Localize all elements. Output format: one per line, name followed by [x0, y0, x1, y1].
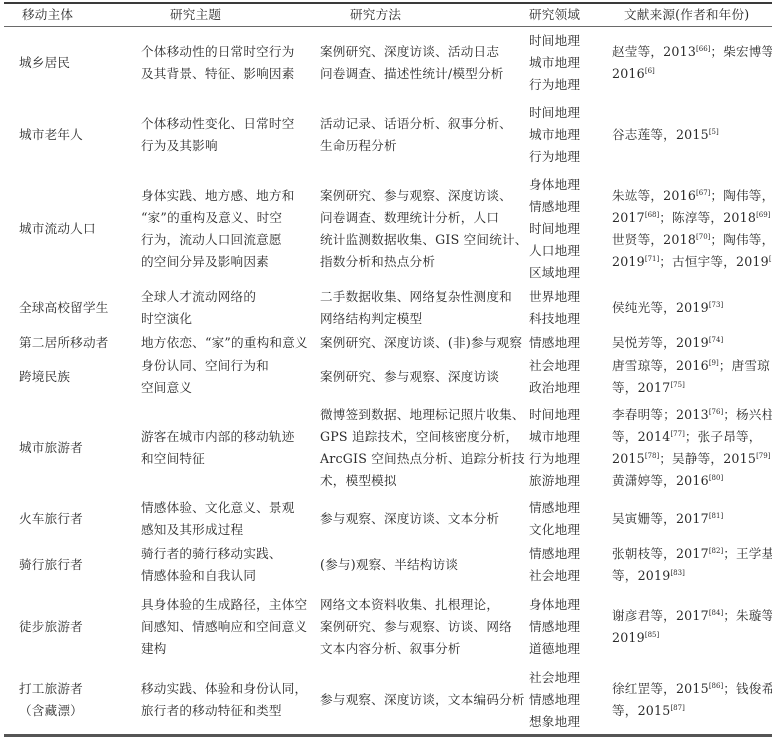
cell-field: 时间地理城市地理行为地理旅游地理 [529, 400, 580, 496]
cell-source: 谷志莲等，2015[5] [612, 97, 719, 173]
citation-text: ；吴静等，2015 [659, 451, 756, 466]
column-header-field: 研究领域 [529, 5, 580, 25]
cell-line: 游客在城市内部的移动轨迹 [141, 426, 295, 448]
cell-field: 情感地理社会地理 [529, 542, 580, 588]
cell-line: 个体移动性变化、日常时空 [141, 113, 295, 135]
cell-line: 行为，流动人口回流意愿 [141, 229, 295, 251]
citation-text: ；杨兴柱 [723, 407, 772, 422]
cell-line: 谷志莲等，2015[5] [612, 124, 719, 146]
cell-field: 情感地理 [529, 331, 580, 354]
cell-topic: 骑行者的骑行移动实践、情感体验和自我认同 [141, 542, 282, 588]
cell-line: 地方依恋、“家”的重构和意义 [141, 332, 308, 354]
cell-line: ArcGIS 空间热点分析、追踪分析技 [320, 448, 525, 470]
cell-line: 等，2014[77]；张子昂等， [612, 426, 772, 448]
cell-method: 案例研究、参与观察、深度访谈 [320, 354, 499, 400]
cell-line: 城市地理 [529, 426, 580, 448]
cell-line: 旅行者的移动特征和类型 [141, 700, 307, 722]
cell-subject: 骑行旅行者 [19, 542, 83, 588]
cell-line: 参与观察、深度访谈，文本编码分析 [320, 689, 525, 711]
cell-line: 行为地理 [529, 74, 580, 96]
citation-ref: [5] [709, 128, 719, 136]
citation-text: 谷志莲等，2015 [612, 127, 709, 142]
cell-line: 的空间分异及影响因素 [141, 251, 295, 273]
citation-text: 赵莹等，2013 [612, 44, 696, 59]
citation-text: 侯纯光等，2019 [612, 300, 709, 315]
cell-line: （含藏漂） [19, 700, 83, 722]
citation-ref: [71] [645, 255, 659, 263]
citation-ref: [68] [645, 211, 659, 219]
cell-line: 案例研究、参与观察、访谈、网络 [320, 616, 512, 638]
cell-field: 世界地理科技地理 [529, 285, 580, 331]
cell-line: 张朝枝等，2017[82]；王学基 [612, 543, 772, 565]
cell-topic: 全球人才流动网络的时空演化 [141, 285, 256, 331]
cell-line: 世贤等，2018[70]；陶伟等， [612, 229, 772, 251]
cell-method: 案例研究、深度访谈、(非)参与观察 [320, 331, 522, 354]
cell-subject: 跨境民族 [19, 354, 70, 400]
cell-line: 旅游地理 [529, 470, 580, 492]
table-bottom-rule [4, 734, 772, 737]
cell-field: 情感地理文化地理 [529, 496, 580, 542]
citation-ref: [67] [696, 189, 710, 197]
cell-line: 全球人才流动网络的 [141, 286, 256, 308]
cell-line: 吴悦芳等，2019[74] [612, 332, 723, 354]
cell-topic: 具身体验的生成路径，主体空间感知、情感响应和空间意义建构 [141, 588, 307, 666]
cell-line: 道德地理 [529, 638, 580, 660]
cell-line: 网络文本资料收集、扎根理论， [320, 594, 512, 616]
cell-subject: 打工旅游者（含藏漂） [19, 666, 83, 734]
citation-text: 吴寅姗等，2017 [612, 511, 709, 526]
citation-text: 朱竑等，2016 [612, 188, 696, 203]
cell-line: 2017[68]；陈淳等，2018[69]；温 [612, 207, 772, 229]
citation-ref: [76] [709, 408, 723, 416]
citation-ref: [66] [696, 45, 710, 53]
cell-line: 时间地理 [529, 218, 580, 240]
citation-text: ；古恒宇等，2019 [659, 254, 769, 269]
cell-field: 身体地理情感地理时间地理人口地理区域地理 [529, 173, 580, 285]
cell-topic: 个体移动性变化、日常时空行为及其影响 [141, 97, 295, 173]
cell-line: 世界地理 [529, 286, 580, 308]
citation-ref: [79] [756, 452, 770, 460]
cell-line: 情感地理 [529, 332, 580, 354]
cell-topic: 移动实践、体验和身份认同，旅行者的移动特征和类型 [141, 666, 307, 734]
cell-line: 情感地理 [529, 616, 580, 638]
cell-line: 身体地理 [529, 594, 580, 616]
cell-line: 赵莹等，2013[66]；柴宏博等， [612, 41, 772, 63]
cell-subject: 城市旅游者 [19, 400, 83, 496]
cell-source: 李春明等；2013[76]；杨兴柱等，2014[77]；张子昂等，2015[78… [612, 400, 772, 496]
cell-line: 问卷调查、描述性统计/模型分析 [320, 63, 504, 85]
cell-line: 移动实践、体验和身份认同， [141, 678, 307, 700]
citation-ref: [80] [709, 474, 723, 482]
cell-line: 2019[71]；古恒宇等，2019[72] [612, 251, 772, 273]
citation-text: 李春明等；2013 [612, 407, 709, 422]
cell-line: 2016[6] [612, 63, 772, 85]
cell-topic: 身体实践、地方感、地方和“家”的重构及意义、时空行为，流动人口回流意愿的空间分异… [141, 173, 295, 285]
cell-line: 朱竑等，2016[67]；陶伟等， [612, 185, 772, 207]
cell-line: 城乡居民 [19, 52, 70, 74]
citation-text: 2015 [612, 451, 645, 466]
cell-line: 火车旅行者 [19, 508, 83, 530]
cell-field: 社会地理政治地理 [529, 354, 580, 400]
cell-source: 朱竑等，2016[67]；陶伟等，2017[68]；陈淳等，2018[69]；温… [612, 173, 772, 285]
citation-ref: [74] [709, 336, 723, 344]
cell-line: 时空演化 [141, 308, 256, 330]
citation-text: 2019 [612, 254, 645, 269]
citation-text: 2017 [612, 210, 645, 225]
cell-line: 全球高校留学生 [19, 297, 109, 319]
citation-text: 等，2017 [612, 380, 670, 395]
cell-source: 吴悦芳等，2019[74] [612, 331, 723, 354]
cell-line: 2019[85] [612, 627, 772, 649]
citation-text: ；陶伟等， [710, 232, 772, 247]
citation-text: 世贤等，2018 [612, 232, 696, 247]
cell-line: 等，2017[75] [612, 377, 770, 399]
cell-line: 网络结构判定模型 [320, 308, 512, 330]
cell-subject: 城乡居民 [19, 28, 70, 97]
cell-subject: 城市流动人口 [19, 173, 96, 285]
cell-line: 第二居所移动者 [19, 332, 109, 354]
table-top-rule [4, 2, 772, 4]
cell-line: 李春明等；2013[76]；杨兴柱 [612, 404, 772, 426]
cell-line: 情感地理 [529, 497, 580, 519]
citation-ref: [83] [670, 569, 684, 577]
cell-line: 徐红罡等，2015[86]；钱俊希 [612, 678, 772, 700]
cell-field: 身体地理情感地理道德地理 [529, 588, 580, 666]
cell-subject: 徒步旅游者 [19, 588, 83, 666]
cell-line: 情感体验和自我认同 [141, 565, 282, 587]
citation-ref: [75] [670, 381, 684, 389]
citation-ref: [6] [645, 67, 655, 75]
cell-line: 指数分析和热点分析 [320, 251, 528, 273]
cell-line: 科技地理 [529, 308, 580, 330]
citation-text: 等，2019 [612, 568, 670, 583]
cell-line: 微博签到数据、地理标记照片收集、 [320, 404, 525, 426]
citation-ref: [84] [709, 609, 723, 617]
cell-topic: 游客在城市内部的移动轨迹和空间特征 [141, 400, 295, 496]
cell-line: 城市地理 [529, 52, 580, 74]
cell-line: 身份认同、空间行为和 [141, 355, 269, 377]
column-header-subject: 移动主体 [22, 5, 73, 25]
citation-ref: [78] [645, 452, 659, 460]
cell-topic: 身份认同、空间行为和空间意义 [141, 354, 269, 400]
cell-line: “家”的重构及意义、时空 [141, 207, 295, 229]
cell-line: 统计监测数据收集、GIS 空间统计、 [320, 229, 528, 251]
citation-ref: [73] [709, 301, 723, 309]
cell-line: 城市老年人 [19, 124, 83, 146]
cell-subject: 火车旅行者 [19, 496, 83, 542]
citation-text: 等，2014 [612, 429, 670, 444]
cell-line: 情感体验、文化意义、景观 [141, 497, 295, 519]
cell-line: 及其背景、特征、影响因素 [141, 63, 295, 85]
citation-ref: [70] [696, 233, 710, 241]
cell-line: 等，2019[83] [612, 565, 772, 587]
citation-ref: [87] [670, 704, 684, 712]
cell-line: 身体地理 [529, 174, 580, 196]
cell-line: 人口地理 [529, 240, 580, 262]
cell-line: 城市地理 [529, 124, 580, 146]
cell-line: 吴寅姗等，2017[81] [612, 508, 723, 530]
cell-line: 术，模型模拟 [320, 470, 525, 492]
citation-text: 等，2015 [612, 703, 670, 718]
cell-field: 时间地理城市地理行为地理 [529, 97, 580, 173]
cell-method: 参与观察、深度访谈，文本编码分析 [320, 666, 525, 734]
cell-method: 网络文本资料收集、扎根理论，案例研究、参与观察、访谈、网络文本内容分析、叙事分析 [320, 588, 512, 666]
cell-line: 想象地理 [529, 711, 580, 733]
cell-line: 社会地理 [529, 355, 580, 377]
citation-ref: [85] [645, 631, 659, 639]
cell-field: 社会地理情感地理想象地理 [529, 666, 580, 734]
citation-ref: [9] [709, 359, 719, 367]
cell-topic: 个体移动性的日常时空行为及其背景、特征、影响因素 [141, 28, 295, 97]
citation-ref: [86] [709, 682, 723, 690]
cell-method: 案例研究、参与观察、深度访谈、问卷调查、数理统计分析，人口统计监测数据收集、GI… [320, 173, 528, 285]
cell-line: 案例研究、参与观察、深度访谈 [320, 366, 499, 388]
citation-text: 谢彦君等，2017 [612, 608, 709, 623]
column-header-topic: 研究主题 [170, 5, 221, 25]
citation-text: ；柴宏博等， [710, 44, 772, 59]
cell-line: 时间地理 [529, 102, 580, 124]
cell-line: 时间地理 [529, 404, 580, 426]
cell-line: 和空间特征 [141, 448, 295, 470]
cell-line: 情感地理 [529, 196, 580, 218]
cell-field: 时间地理城市地理行为地理 [529, 28, 580, 97]
cell-method: 微博签到数据、地理标记照片收集、GPS 追踪技术，空间核密度分析，ArcGIS … [320, 400, 525, 496]
cell-method: 案例研究、深度访谈、活动日志问卷调查、描述性统计/模型分析 [320, 28, 504, 97]
cell-line: 空间意义 [141, 377, 269, 399]
cell-method: 活动记录、话语分析、叙事分析、生命历程分析 [320, 97, 512, 173]
cell-line: 案例研究、深度访谈、(非)参与观察 [320, 332, 522, 354]
cell-source: 赵莹等，2013[66]；柴宏博等，2016[6] [612, 28, 772, 97]
cell-line: 侯纯光等，2019[73] [612, 297, 723, 319]
citation-text: ；朱璇等， [723, 608, 772, 623]
cell-line: 间感知、情感响应和空间意义 [141, 616, 307, 638]
cell-line: 2015[78]；吴静等，2015[79] ； [612, 448, 772, 470]
cell-line: 生命历程分析 [320, 135, 512, 157]
cell-line: 案例研究、深度访谈、活动日志 [320, 41, 504, 63]
cell-line: 跨境民族 [19, 366, 70, 388]
cell-line: 参与观察、深度访谈、文本分析 [320, 508, 499, 530]
table-header-rule [4, 26, 772, 27]
cell-line: 社会地理 [529, 667, 580, 689]
cell-line: 骑行者的骑行移动实践、 [141, 543, 282, 565]
citation-text: 黄潇婷等，2016 [612, 473, 709, 488]
citation-text: 2019 [612, 630, 645, 645]
cell-line: 行为地理 [529, 448, 580, 470]
citation-text: ；唐雪琼 [719, 358, 770, 373]
citation-text: 吴悦芳等，2019 [612, 335, 709, 350]
cell-line: 徒步旅游者 [19, 616, 83, 638]
cell-line: 时间地理 [529, 30, 580, 52]
cell-source: 侯纯光等，2019[73] [612, 285, 723, 331]
cell-topic: 情感体验、文化意义、景观感知及其形成过程 [141, 496, 295, 542]
cell-line: 行为地理 [529, 146, 580, 168]
cell-line: 等，2015[87] [612, 700, 772, 722]
cell-line: 文化地理 [529, 519, 580, 541]
cell-line: 情感地理 [529, 543, 580, 565]
cell-line: 案例研究、参与观察、深度访谈、 [320, 185, 528, 207]
citation-text: ；陶伟等， [710, 188, 772, 203]
cell-line: 个体移动性的日常时空行为 [141, 41, 295, 63]
cell-line: 唐雪琼等，2016[9]；唐雪琼 [612, 355, 770, 377]
citation-ref: [81] [709, 512, 723, 520]
cell-line: GPS 追踪技术，空间核密度分析， [320, 426, 525, 448]
citation-ref: [82] [709, 547, 723, 555]
cell-topic: 地方依恋、“家”的重构和意义 [141, 331, 308, 354]
cell-line: 二手数据收集、网络复杂性测度和 [320, 286, 512, 308]
cell-method: (参与)观察、半结构访谈 [320, 542, 458, 588]
citation-text: ；钱俊希 [723, 681, 772, 696]
cell-line: 社会地理 [529, 565, 580, 587]
cell-line: (参与)观察、半结构访谈 [320, 554, 458, 576]
cell-line: 打工旅游者 [19, 678, 83, 700]
citation-ref: [69] [756, 211, 770, 219]
citation-ref: [77] [670, 430, 684, 438]
citation-text: 徐红罡等，2015 [612, 681, 709, 696]
cell-source: 谢彦君等，2017[84]；朱璇等，2019[85] [612, 588, 772, 666]
cell-method: 参与观察、深度访谈、文本分析 [320, 496, 499, 542]
column-header-source: 文献来源(作者和年份) [624, 5, 749, 25]
cell-line: 区域地理 [529, 262, 580, 284]
cell-line: 问卷调查、数理统计分析，人口 [320, 207, 528, 229]
cell-subject: 全球高校留学生 [19, 285, 109, 331]
cell-method: 二手数据收集、网络复杂性测度和网络结构判定模型 [320, 285, 512, 331]
column-header-method: 研究方法 [350, 5, 401, 25]
cell-line: 谢彦君等，2017[84]；朱璇等， [612, 605, 772, 627]
cell-line: 骑行旅行者 [19, 554, 83, 576]
cell-source: 徐红罡等，2015[86]；钱俊希等，2015[87] [612, 666, 772, 734]
cell-line: 身体实践、地方感、地方和 [141, 185, 295, 207]
cell-line: 文本内容分析、叙事分析 [320, 638, 512, 660]
citation-text: ；王学基 [723, 546, 772, 561]
cell-line: 具身体验的生成路径，主体空 [141, 594, 307, 616]
citation-text: 唐雪琼等，2016 [612, 358, 709, 373]
cell-source: 张朝枝等，2017[82]；王学基等，2019[83] [612, 542, 772, 588]
cell-line: 活动记录、话语分析、叙事分析、 [320, 113, 512, 135]
citation-text: ；陈淳等，2018 [659, 210, 756, 225]
citation-text: ；张子昂等， [685, 429, 762, 444]
cell-line: 城市旅游者 [19, 437, 83, 459]
cell-line: 城市流动人口 [19, 218, 96, 240]
citation-text: 2016 [612, 66, 645, 81]
citation-text: 张朝枝等，2017 [612, 546, 709, 561]
cell-line: 感知及其形成过程 [141, 519, 295, 541]
cell-line: 黄潇婷等，2016[80] [612, 470, 772, 492]
cell-line: 情感地理 [529, 689, 580, 711]
cell-line: 建构 [141, 638, 307, 660]
cell-source: 唐雪琼等，2016[9]；唐雪琼等，2017[75] [612, 354, 770, 400]
cell-line: 政治地理 [529, 377, 580, 399]
cell-subject: 第二居所移动者 [19, 331, 109, 354]
cell-line: 行为及其影响 [141, 135, 295, 157]
cell-source: 吴寅姗等，2017[81] [612, 496, 723, 542]
cell-subject: 城市老年人 [19, 97, 83, 173]
